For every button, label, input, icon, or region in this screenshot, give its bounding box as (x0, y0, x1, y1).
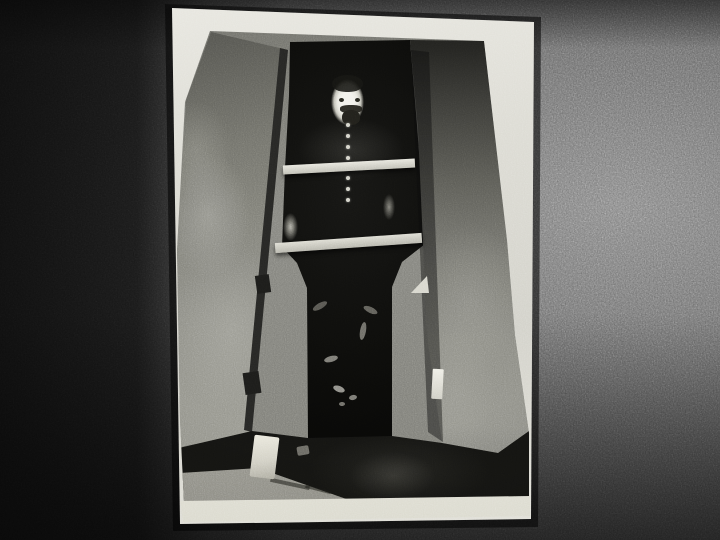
screenshot-root (0, 0, 720, 540)
